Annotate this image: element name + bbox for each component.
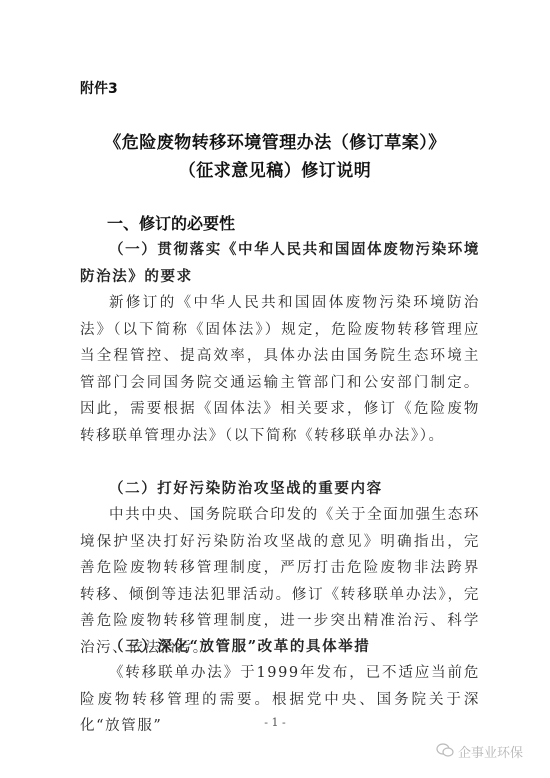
page-number: - 1 -	[0, 716, 550, 729]
wechat-icon	[436, 743, 454, 761]
subsection-heading-2: （二）打好污染防治攻坚战的重要内容	[80, 476, 480, 503]
document-title-line2: （征求意见稿）修订说明	[0, 156, 550, 181]
watermark: 企事业环保	[436, 742, 523, 761]
subsection-heading-1: （一）贯彻落实《中华人民共和国固体废物污染环境防治法》的要求	[80, 237, 480, 290]
section-heading: 一、修订的必要性	[107, 211, 235, 234]
watermark-text: 企事业环保	[458, 742, 523, 761]
subsection-heading-3: （三）深化“放管服”改革的具体举措	[80, 634, 480, 661]
attachment-label: 附件3	[80, 78, 118, 98]
subsection-body-1: 新修订的《中华人民共和国固体废物污染环境防治法》（以下简称《固体法》）规定，危险…	[80, 290, 480, 449]
document-title-line1: 《危险废物转移环境管理办法（修订草案）》	[0, 128, 550, 153]
